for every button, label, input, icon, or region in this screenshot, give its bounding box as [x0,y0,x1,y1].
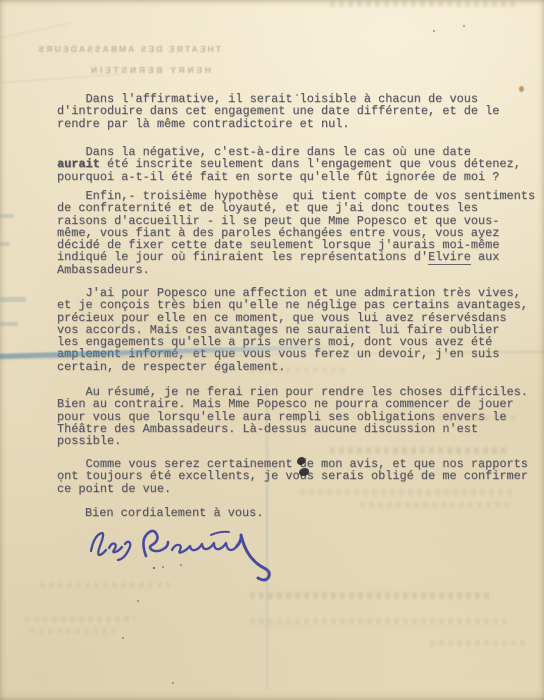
paper-speck [122,637,124,639]
letterhead-theatre-name: THEATRE DES AMBASSADEURS [46,44,221,54]
letterhead-bleedthrough: THEATRE DES AMBASSADEURS HENRY BERNSTEIN [46,44,221,75]
margin-mark [0,297,26,302]
bleedthrough-smudge [430,640,530,646]
typewritten-line: possible. [57,435,544,447]
paper-speck [433,30,435,32]
bleedthrough-smudge [40,582,170,588]
typewritten-line: Bien au contraire. Mais Mme Popesco ne p… [57,398,544,410]
bleedthrough-smudge [250,618,510,625]
paper-wrinkle [1,23,70,39]
margin-mark [0,242,10,246]
paragraph-popesco: J'ai pour Popesco une affection et une a… [57,287,544,373]
bleedthrough-smudge [250,592,490,599]
bleedthrough-smudge [330,447,510,454]
bleedthrough-smudge [250,367,345,373]
bleedthrough-smudge [25,616,135,622]
typewritten-line: d'introduire dans cet engagement une dat… [57,105,544,117]
bleedthrough-smudge [300,489,515,496]
paper-speck [463,25,465,27]
bleedthrough-smudge [30,629,120,634]
letter-page: THEATRE DES AMBASSADEURS HENRY BERNSTEIN… [0,0,544,700]
typewritten-line: aurait été inscrite seulement dans l'eng… [57,158,544,170]
signature-henry-bernstein [84,520,284,588]
closing-salutation: Bien cordialement à vous. [85,506,263,520]
bleedthrough-smudge [330,1,515,7]
paper-speck [172,682,174,684]
paragraph-negative: Dans la négative, c'est-à-dire dans le c… [57,146,544,183]
paper-wrinkle [0,74,120,83]
typewritten-line: rendre par là même contradictoire et nul… [57,118,544,130]
typewritten-line: pourquoi a-t-il été fait en sorte qu'ell… [57,171,544,183]
typewritten-line: et je conçois très bien qu'elle ne négli… [57,299,544,311]
bleedthrough-smudge [360,502,510,508]
paragraph-hypothese: Enfin,- troisième hypothèse qui tient co… [57,190,544,276]
margin-mark [0,214,14,218]
paper-speck [296,94,298,96]
foxing-spot [519,86,524,92]
typewritten-line: Ambassadeurs. [57,264,544,276]
typewritten-line: de confraternité et de loyauté, et que j… [57,202,544,214]
paper-speck [60,480,62,482]
letterhead-author-name: HENRY BERNSTEIN [46,65,221,75]
vertical-fold-crease [266,382,268,690]
typewritten-line: indiqué le jour où finiraient les représ… [57,251,544,263]
bleedthrough-smudge [430,415,520,421]
paper-speck [137,600,139,602]
typewritten-line: Théâtre des Ambassadeurs. Là-dessus aucu… [57,423,544,435]
margin-mark [0,322,18,326]
paragraph-affirmative: Dans l'affirmative, il serait loisible à… [57,93,544,130]
